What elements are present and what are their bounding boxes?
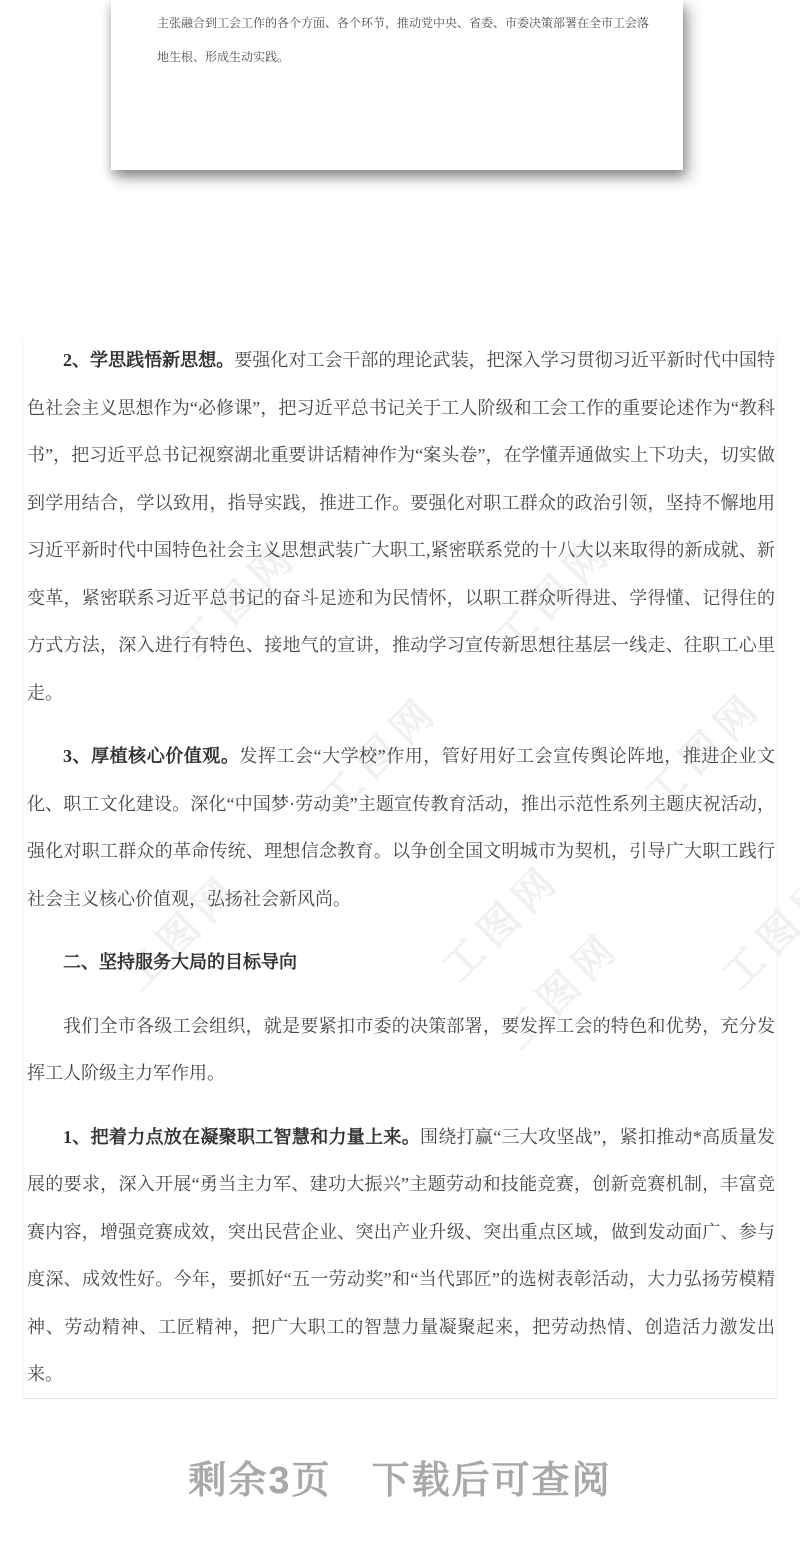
paragraph: 我们全市各级工会组织，就是要紧扣市委的决策部署，要发挥工会的特色和优势，充分发挥… (27, 1003, 775, 1098)
section-heading: 二、坚持服务大局的目标导向 (27, 939, 775, 987)
paragraph-lead: 1、把着力点放在凝聚职工智慧和力量上来。 (63, 1127, 420, 1147)
paragraph-body: 围绕打赢“三大攻坚战”，紧扣推动*高质量发展的要求，深入开展“勇当主力军、建功大… (27, 1127, 775, 1385)
paragraph: 1、把着力点放在凝聚职工智慧和力量上来。围绕打赢“三大攻坚战”，紧扣推动*高质量… (27, 1114, 775, 1399)
paragraph-lead: 2、学思践悟新思想。 (63, 350, 234, 370)
paragraph-lead: 3、厚植核心价值观。 (63, 746, 239, 766)
document-page-card: 2、学思践悟新思想。要强化对工会干部的理论武装，把深入学习贯彻习近平新时代中国特… (22, 337, 778, 1399)
previous-page-preview-card: 主张融合到工会工作的各个方面、各个环节，推动党中央、省委、市委决策部署在全市工会… (111, 0, 683, 170)
download-hint-text: 下载后可查阅 (372, 1460, 612, 1502)
remaining-pages-count: 剩余3页 (188, 1460, 331, 1502)
paragraph: 3、厚植核心价值观。发挥工会“大学校”作用，管好用好工会宣传舆论阵地，推进企业文… (27, 733, 775, 923)
previous-page-text-line: 主张融合到工会工作的各个方面、各个环节，推动党中央、省委、市委决策部署在全市工会… (111, 6, 683, 40)
paragraph-body: 发挥工会“大学校”作用，管好用好工会宣传舆论阵地，推进企业文化、职工文化建设。深… (27, 746, 775, 909)
paragraph-body: 要强化对工会干部的理论武装，把深入学习贯彻习近平新时代中国特色社会主义思想作为“… (27, 350, 775, 703)
paragraph-body: 我们全市各级工会组织，就是要紧扣市委的决策部署，要发挥工会的特色和优势，充分发挥… (27, 1016, 775, 1084)
paragraph: 2、学思践悟新思想。要强化对工会干部的理论武装，把深入学习贯彻习近平新时代中国特… (27, 337, 775, 717)
previous-page-text-line: 地生根、形成生动实践。 (111, 40, 683, 74)
remaining-pages-notice: 剩余3页下载后可查阅 (0, 1449, 800, 1504)
